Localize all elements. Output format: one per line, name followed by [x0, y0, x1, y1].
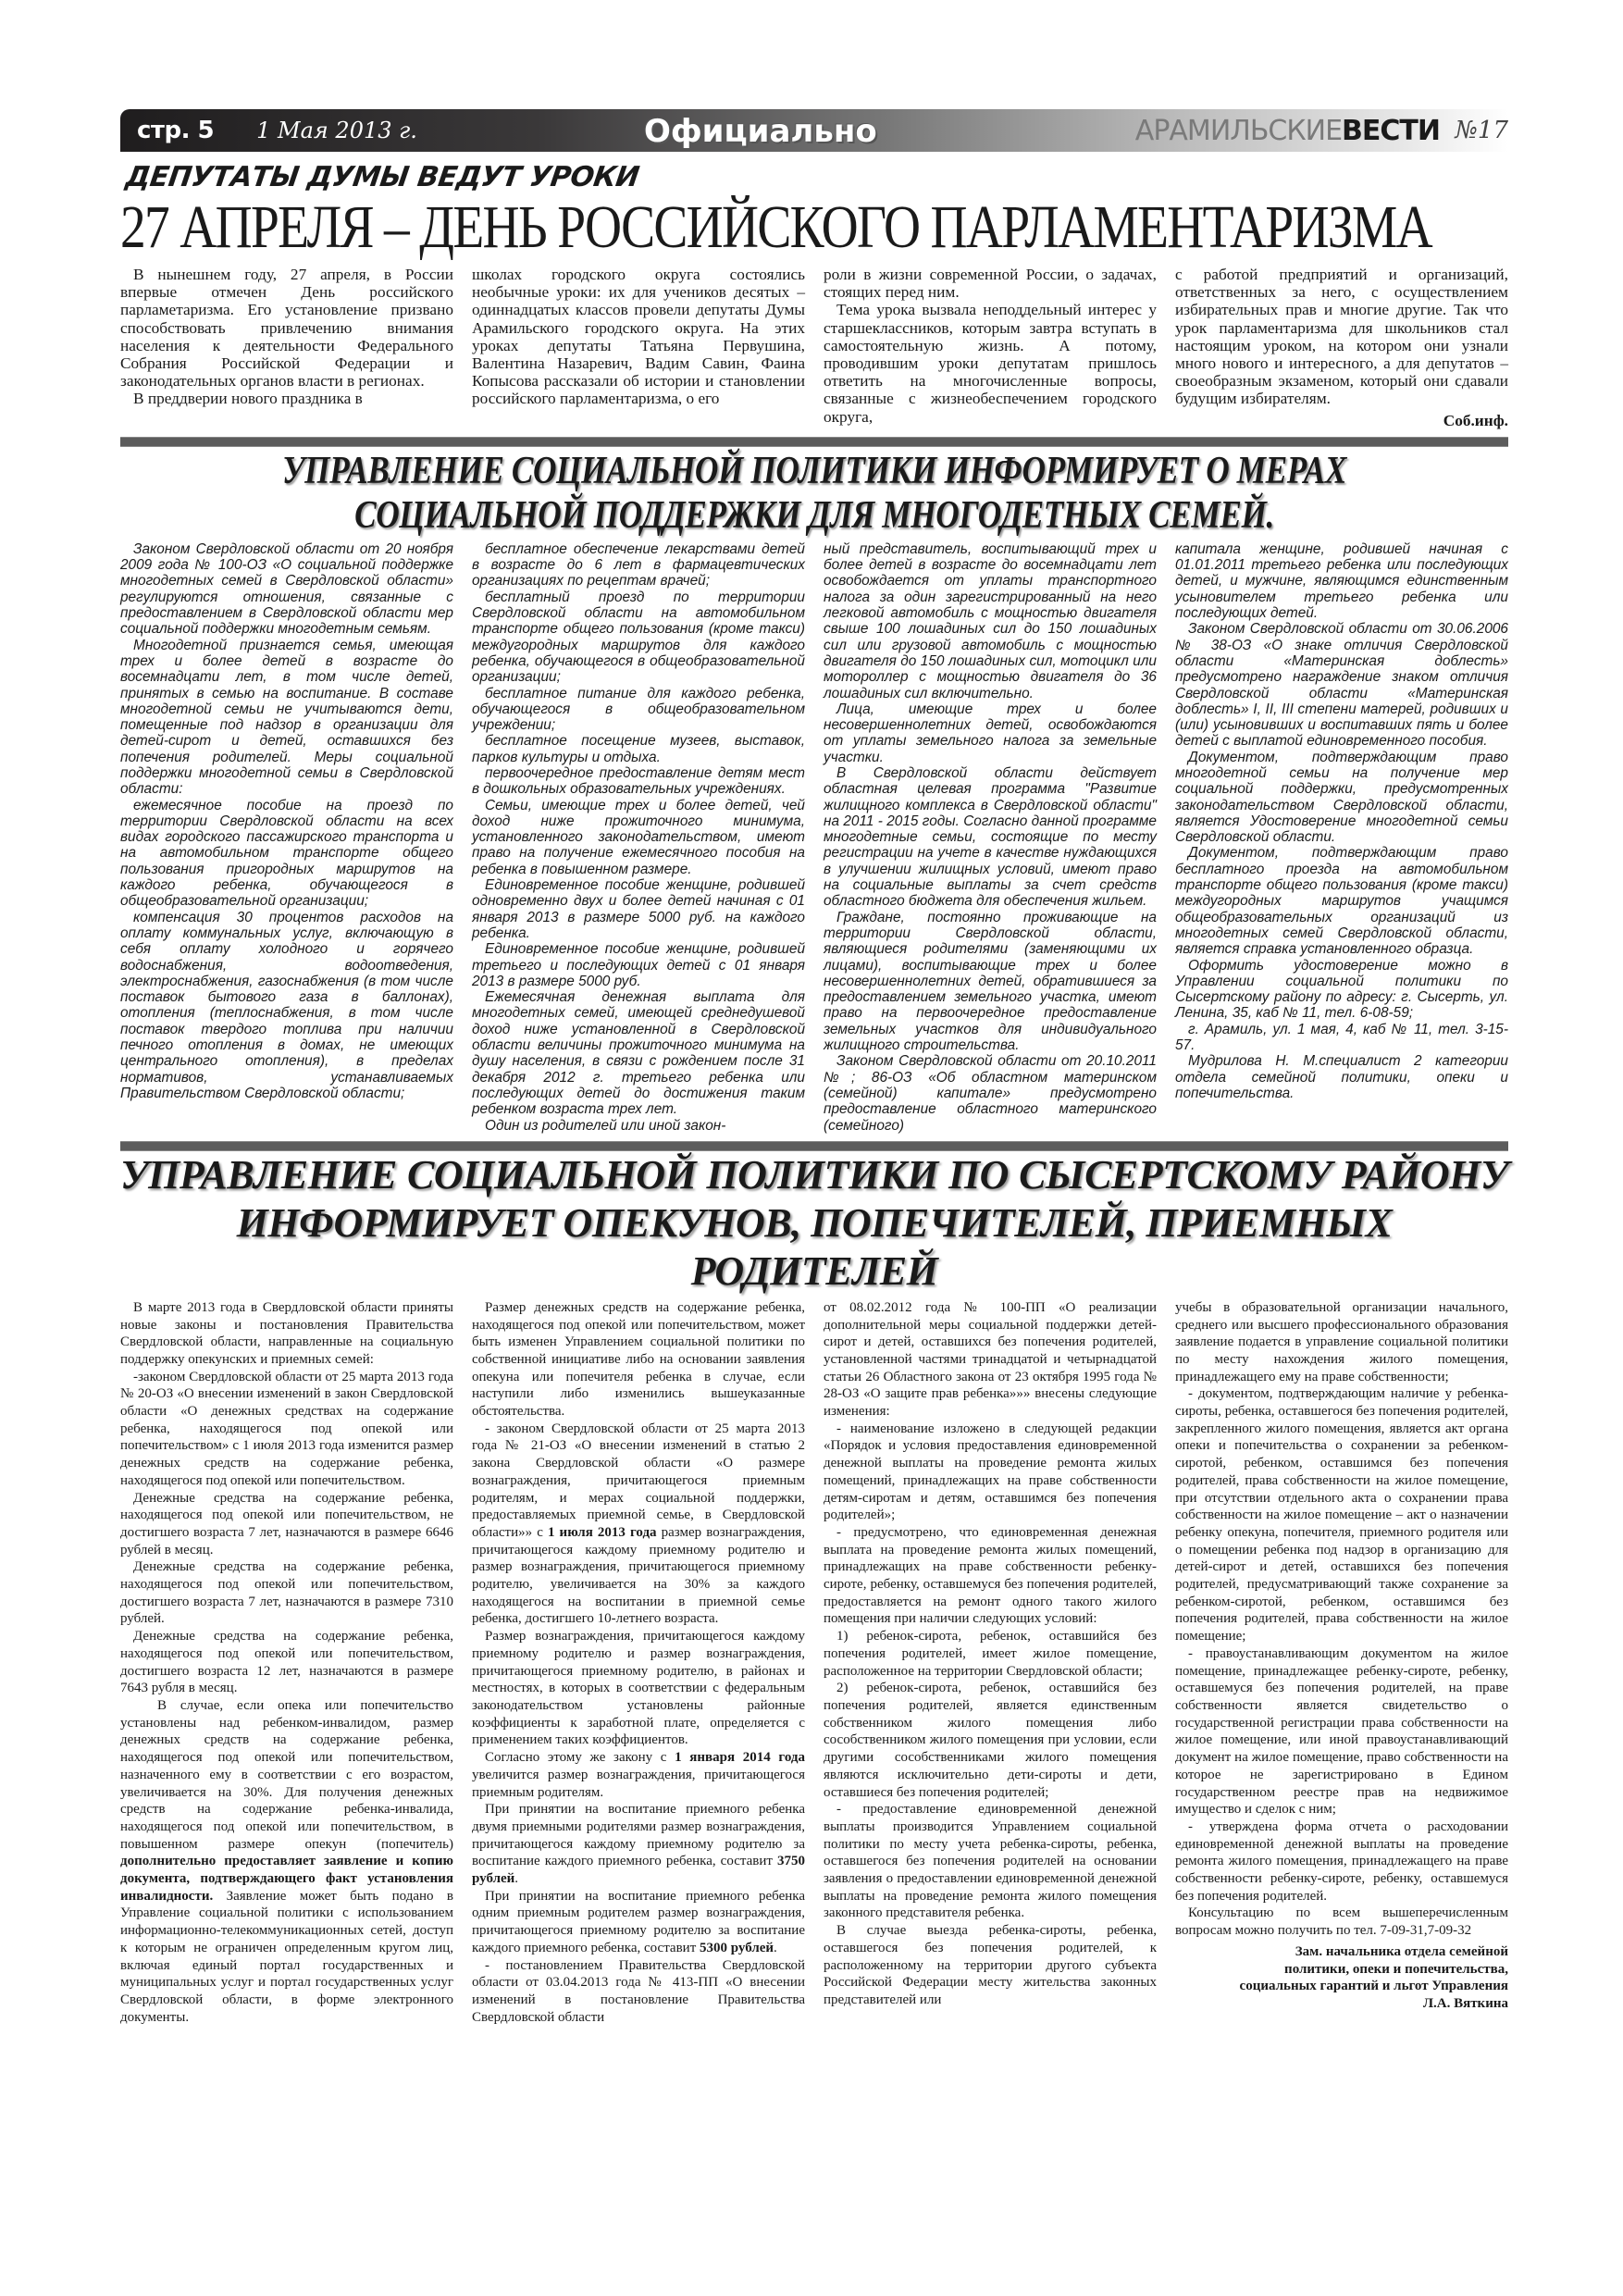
- article1-kicker: Депутаты Думы ведут уроки: [124, 161, 641, 193]
- paragraph: 2) ребенок-сирота, ребенок, оставшийся б…: [824, 1680, 1157, 1801]
- paragraph: Единовременное пособие женщине, родившей…: [472, 877, 805, 941]
- issue-date: 1 Мая 2013 г.: [256, 118, 417, 143]
- article2-col2: бесплатное обеспечение лекарствами детей…: [472, 541, 805, 1134]
- paragraph: В нынешнем году, 27 апреля, в России впе…: [120, 266, 453, 390]
- paragraph: первоочередное предоставление детям мест…: [472, 765, 805, 798]
- newspaper-logo: АРАМИЛЬСКИЕВЕСТИ: [1135, 115, 1440, 147]
- article1-body: В нынешнем году, 27 апреля, в России впе…: [120, 266, 1508, 429]
- paragraph: - утверждена форма отчета о расходовании…: [1175, 1818, 1508, 1905]
- issue-number: №17: [1455, 117, 1508, 144]
- article2-body: Законом Свердловской области от 20 ноябр…: [120, 541, 1508, 1134]
- paragraph: Документом, подтверждающим право бесплат…: [1175, 845, 1508, 957]
- paragraph: г. Арамиль, ул. 1 мая, 4, каб № 11, тел.…: [1175, 1022, 1508, 1054]
- paragraph: ежемесячное пособие на проезд по террито…: [120, 798, 453, 910]
- paragraph: В случае выезда ребенка-сироты, ребенка,…: [824, 1922, 1157, 2009]
- paragraph: Размер денежных средств на содержание ре…: [472, 1299, 805, 1421]
- paragraph: 1) ребенок-сирота, ребенок, оставшийся б…: [824, 1628, 1157, 1680]
- article1-col3: роли в жизни современной России, о задач…: [824, 266, 1157, 429]
- article3-col1: В марте 2013 года в Свердловской области…: [120, 1299, 453, 2027]
- article1-headline: 27 АПРЕЛЯ – ДЕНЬ РОССИЙСКОГО ПАРЛАМЕНТАР…: [120, 195, 1286, 260]
- paragraph: Единовременное пособие женщине, родившей…: [472, 941, 805, 989]
- page-number: стр. 5: [137, 117, 214, 144]
- logo-part1: АРАМИЛЬСКИЕ: [1135, 115, 1342, 147]
- paragraph: Согласно этому же закону с 1 января 2014…: [472, 1749, 805, 1801]
- bold-run: 1 июля 2013 года: [548, 1525, 657, 1540]
- article1-signature: Соб.инф.: [1175, 412, 1508, 429]
- paragraph: бесплатное посещение музеев, выставок, п…: [472, 733, 805, 765]
- bold-run: 5300 рублей: [700, 1941, 774, 1955]
- article2-headline: УПРАВЛЕНИЕ СОЦИАЛЬНОЙ ПОЛИТИКИ ИНФОРМИРУ…: [231, 449, 1397, 538]
- article3-col2: Размер денежных средств на содержание ре…: [472, 1299, 805, 2027]
- section-rubric: Официально: [644, 113, 877, 150]
- paragraph: ный представитель, воспитывающий трех и …: [824, 541, 1157, 701]
- paragraph: Консультацию по всем вышеперечисленным в…: [1175, 1905, 1508, 1939]
- paragraph: Ежемесячная денежная выплата для многоде…: [472, 989, 805, 1117]
- article2-col4: капитала женщине, родившей начиная с 01.…: [1175, 541, 1508, 1134]
- article3-signature: Зам. начальника отдела семейной политики…: [1231, 1943, 1508, 2013]
- article2-col1: Законом Свердловской области от 20 ноябр…: [120, 541, 453, 1134]
- paragraph: Семьи, имеющие трех и более детей, чей д…: [472, 798, 805, 877]
- newspaper-page: стр. 5 1 Мая 2013 г. Официально АРАМИЛЬС…: [120, 109, 1508, 2026]
- paragraph: Граждане, постоянно проживающие на терри…: [824, 910, 1157, 1054]
- paragraph: - документом, подтверждающим наличие у р…: [1175, 1385, 1508, 1645]
- article2-col3: ный представитель, воспитывающий трех и …: [824, 541, 1157, 1134]
- paragraph: роли в жизни современной России, о задач…: [824, 266, 1157, 301]
- text-run: размер вознаграждения, причитающегося ка…: [472, 1525, 805, 1627]
- paragraph: от 08.02.2012 года № 100-ПП «О реализаци…: [824, 1299, 1157, 1421]
- text-run: В случае, если опека или попечительство …: [120, 1698, 453, 1852]
- paragraph: - правоустанавливающим документом на жил…: [1175, 1645, 1508, 1818]
- bold-run: 1 января 2014 года: [675, 1750, 805, 1765]
- paragraph: -законом Свердловской области от 25 март…: [120, 1369, 453, 1490]
- paragraph: Тема урока вызвала неподдельный интерес …: [824, 301, 1157, 425]
- article3-headline-line1: УПРАВЛЕНИЕ СОЦИАЛЬНОЙ ПОЛИТИКИ ПО СЫСЕРТ…: [120, 1151, 1508, 1199]
- paragraph: В преддверии нового праздника в: [120, 390, 453, 407]
- paragraph: капитала женщине, родившей начиная с 01.…: [1175, 541, 1508, 621]
- article1-col2: школах городского округа состоялись необ…: [472, 266, 805, 429]
- paragraph: бесплатное обеспечение лекарствами детей…: [472, 541, 805, 590]
- paragraph: школах городского округа состоялись необ…: [472, 266, 805, 408]
- paragraph: учебы в образовательной организации нача…: [1175, 1299, 1508, 1386]
- article3-headline-line2: ИНФОРМИРУЕТ ОПЕКУНОВ, ПОПЕЧИТЕЛЕЙ, ПРИЕМ…: [120, 1199, 1508, 1296]
- paragraph: бесплатное питание для каждого ребенка, …: [472, 686, 805, 734]
- paragraph: - предусмотрено, что единовременная дене…: [824, 1524, 1157, 1628]
- paragraph: - законом Свердловской области от 25 мар…: [472, 1421, 805, 1628]
- paragraph: - постановлением Правительства Свердловс…: [472, 1957, 805, 2027]
- paragraph: Один из родителей или иной закон-: [472, 1118, 805, 1134]
- paragraph: Мудрилова Н. М.специалист 2 категории от…: [1175, 1053, 1508, 1101]
- paragraph: Денежные средства на содержание ребенка,…: [120, 1628, 453, 1697]
- paragraph: Лица, имеющие трех и более несовершеннол…: [824, 701, 1157, 765]
- paragraph: Денежные средства на содержание ребенка,…: [120, 1490, 453, 1559]
- paragraph: бесплатный проезд по территории Свердлов…: [472, 590, 805, 686]
- paragraph: Денежные средства на содержание ребенка,…: [120, 1558, 453, 1628]
- paragraph: В случае, если опека или попечительство …: [120, 1697, 453, 2026]
- section-divider: [120, 1141, 1508, 1151]
- article3-col4: учебы в образовательной организации нача…: [1175, 1299, 1508, 2027]
- paragraph: Размер вознаграждения, причитающегося ка…: [472, 1628, 805, 1749]
- text-run: Согласно этому же закону с: [485, 1750, 666, 1765]
- text-run: При принятии на воспитание приемного реб…: [472, 1802, 805, 1868]
- article3-body: В марте 2013 года в Свердловской области…: [120, 1299, 1508, 2027]
- paragraph: Законом Свердловской области от 30.06.20…: [1175, 621, 1508, 749]
- logo-part2: ВЕСТИ: [1342, 115, 1440, 147]
- article3-col3: от 08.02.2012 года № 100-ПП «О реализаци…: [824, 1299, 1157, 2027]
- paragraph: Многодетной признается семья, имеющая тр…: [120, 638, 453, 798]
- paragraph: В Свердловской области действует областн…: [824, 765, 1157, 910]
- article3-headline: УПРАВЛЕНИЕ СОЦИАЛЬНОЙ ПОЛИТИКИ ПО СЫСЕРТ…: [120, 1151, 1508, 1296]
- article1-col4: с работой предприятий и организаций, отв…: [1175, 266, 1508, 429]
- paragraph: В марте 2013 года в Свердловской области…: [120, 1299, 453, 1369]
- paragraph: - наименование изложено в следующей реда…: [824, 1421, 1157, 1524]
- masthead-bar: стр. 5 1 Мая 2013 г. Официально АРАМИЛЬС…: [120, 109, 1508, 152]
- paragraph: Законом Свердловской области от 20.10.20…: [824, 1053, 1157, 1133]
- article2-headline-line1: УПРАВЛЕНИЕ СОЦИАЛЬНОЙ ПОЛИТИКИ ИНФОРМИРУ…: [231, 449, 1397, 493]
- paragraph: - предоставление единовременной денежной…: [824, 1801, 1157, 1922]
- article1-col1: В нынешнем году, 27 апреля, в России впе…: [120, 266, 453, 429]
- paragraph: Оформить удостоверение можно в Управлени…: [1175, 958, 1508, 1022]
- paragraph: При принятии на воспитание приемного реб…: [472, 1888, 805, 1957]
- paragraph: с работой предприятий и организаций, отв…: [1175, 266, 1508, 408]
- text-run: увеличится размер вознаграждения, причит…: [472, 1768, 805, 1800]
- paragraph: Законом Свердловской области от 20 ноябр…: [120, 541, 453, 638]
- paragraph: Документом, подтверждающим право многоде…: [1175, 750, 1508, 846]
- article2-headline-line2: СОЦИАЛЬНОЙ ПОДДЕРЖКИ ДЛЯ МНОГОДЕТНЫХ СЕМ…: [231, 493, 1397, 538]
- text-run: Заявление может быть подано в Управление…: [120, 1889, 453, 2025]
- paragraph: При принятии на воспитание приемного реб…: [472, 1801, 805, 1888]
- paragraph: компенсация 30 процентов расходов на опл…: [120, 910, 453, 1102]
- section-divider: [120, 437, 1508, 447]
- text-run: - законом Свердловской области от 25 мар…: [472, 1421, 805, 1540]
